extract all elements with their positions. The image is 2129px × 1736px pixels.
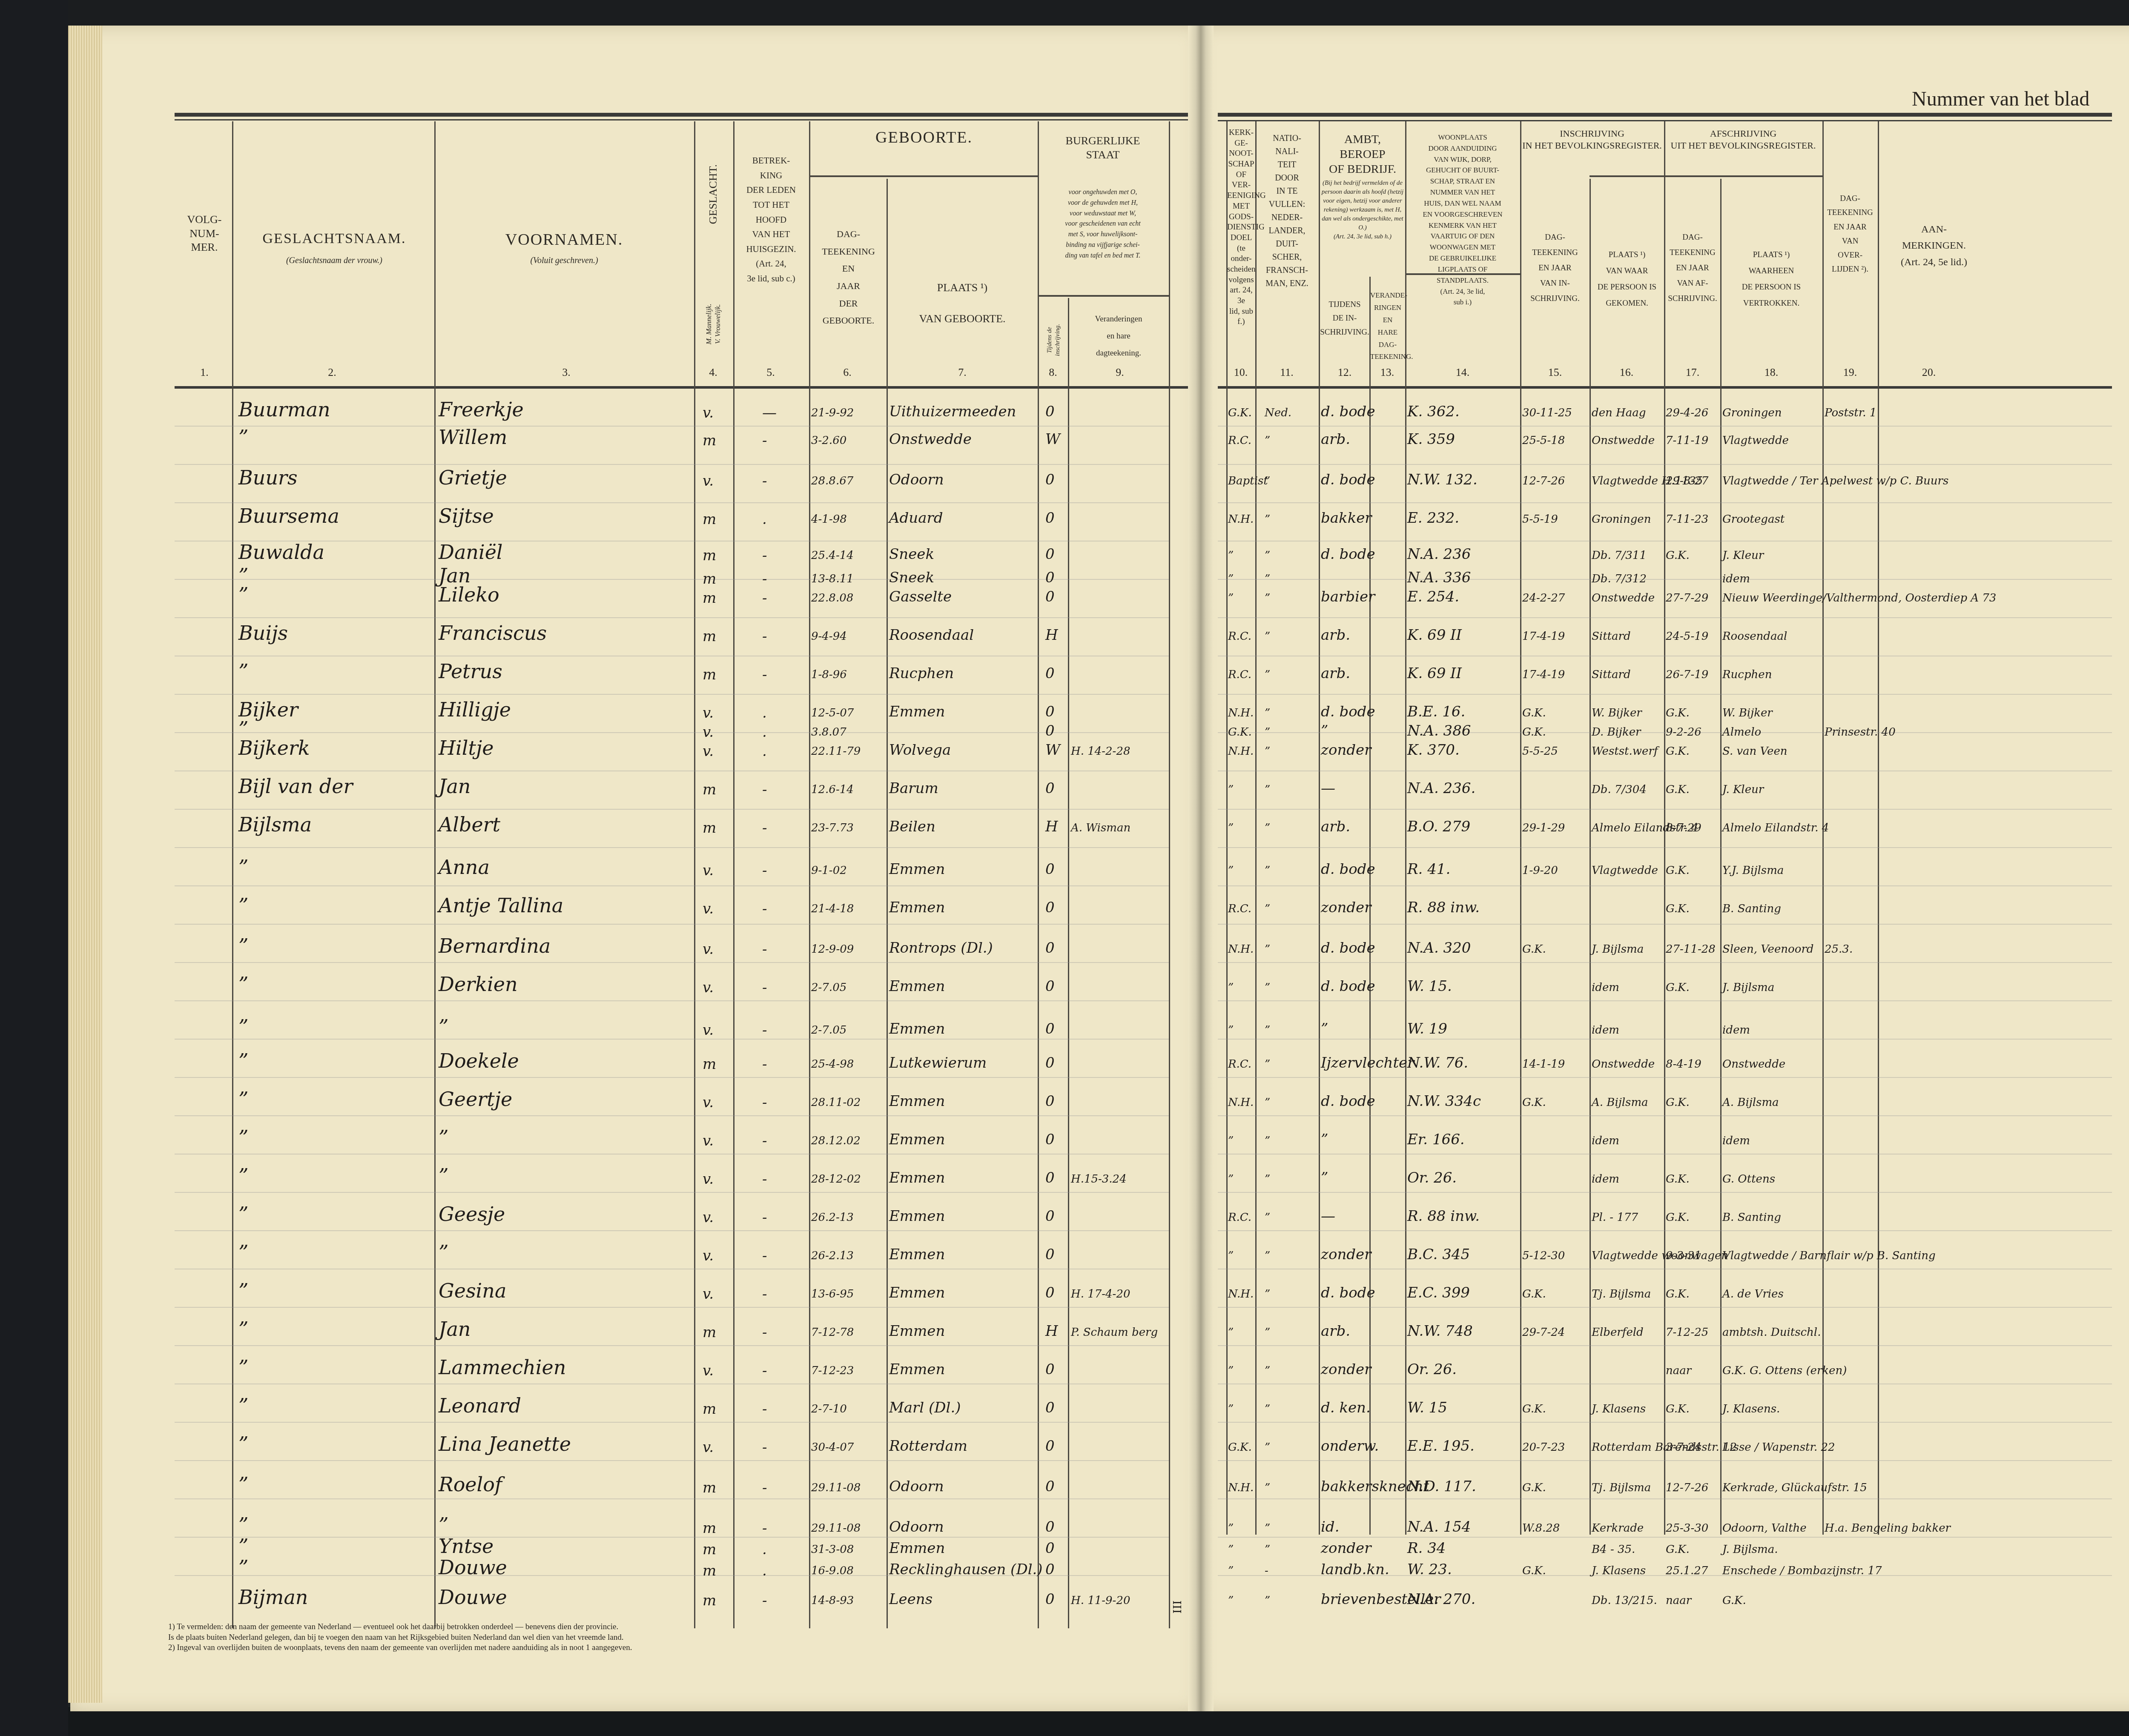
cell-civil-status: 0 (1045, 1054, 1055, 1071)
cell-church: ” (1228, 1543, 1234, 1556)
cell-sex: m (703, 1592, 716, 1609)
cell-occupation: d. bode (1321, 403, 1375, 420)
header-voornamen-sub: (Voluit geschreven.) (439, 255, 690, 266)
cell-destination-place: J. Klasens. (1722, 1403, 1780, 1415)
header-kerkgenootschap: KERK- GE- NOOT- SCHAP OF VER- EENIGING M… (1227, 128, 1255, 327)
cell-given-names: Albert (439, 813, 500, 836)
cell-address: Er. 166. (1407, 1131, 1465, 1148)
cell-civil-status: 0 (1045, 665, 1055, 682)
cell-destination-place: Grootegast (1722, 513, 1785, 526)
cell-church: G.K. (1228, 1441, 1252, 1454)
cell-birth-place: Wolvega (889, 742, 951, 759)
ruled-line (175, 1269, 1169, 1269)
header-staat-veranderingen: Veranderingen en hare dagteekening. (1070, 311, 1168, 362)
cell-origin-place: Db. 7/311 (1592, 549, 1647, 562)
cell-destination-place: A. de Vries (1722, 1288, 1784, 1301)
cell-church: ” (1228, 1173, 1234, 1186)
cell-occupation: d. bode (1321, 546, 1375, 563)
cell-registration-date: 20-7-23 (1522, 1441, 1565, 1454)
cell-address: N.A. 270. (1407, 1591, 1475, 1608)
cell-civil-status: 0 (1045, 1399, 1055, 1416)
cell-given-names: Anna (439, 856, 490, 879)
cell-origin-place: Elberfeld (1592, 1326, 1644, 1339)
cell-given-names: Jan (439, 775, 471, 798)
cell-relation: - (762, 1171, 767, 1188)
cell-civil-status: 0 (1045, 722, 1055, 739)
cell-relation: - (762, 1520, 767, 1537)
ruled-line (175, 885, 1169, 886)
cell-origin-place: B4 - 35. (1592, 1543, 1635, 1556)
cell-church: G.K. (1228, 726, 1252, 739)
cell-destination-place: Lisse / Wapenstr. 22 (1722, 1441, 1835, 1454)
page-edges (68, 26, 102, 1703)
cell-given-names: Sijtse (439, 504, 494, 527)
cell-church: N.H. (1228, 1481, 1254, 1494)
cell-church: ” (1228, 1403, 1234, 1415)
cell-nationality: Ned. (1265, 407, 1291, 419)
cell-relation: . (762, 743, 767, 760)
cell-sex: m (703, 547, 716, 564)
cell-birth-date: 12.6-14 (811, 783, 854, 796)
cell-deregistration-date: G.K. (1666, 1403, 1690, 1415)
cell-birth-place: Gasselte (889, 588, 952, 605)
cell-sex: v. (703, 1132, 714, 1149)
cell-occupation: bakker (1321, 510, 1372, 527)
cell-relation: . (762, 1541, 767, 1558)
cell-birth-place: Barum (889, 780, 938, 797)
cell-nationality: ” (1265, 513, 1270, 526)
cell-civil-status: H (1045, 818, 1058, 835)
header-ambt-veranderingen: VERANDE- RINGEN EN HARE DAG- TEEKENING. (1370, 289, 1405, 363)
cell-civil-status: W (1045, 431, 1060, 448)
cell-relation: - (762, 1094, 767, 1111)
header-burgerlijke-staat: BURGERLIJKE STAAT (1039, 134, 1167, 162)
cell-birth-place: Rotterdam (889, 1438, 967, 1455)
cell-origin-place: J. Klasens (1592, 1403, 1646, 1415)
cell-surname: Bijman (238, 1586, 308, 1609)
cell-given-names: ” (439, 1015, 449, 1038)
cell-occupation: — (1321, 1208, 1335, 1225)
cell-nationality: ” (1265, 1096, 1270, 1109)
cell-nationality: ” (1265, 1522, 1270, 1535)
cell-origin-place: Sittard (1592, 668, 1631, 681)
cell-relation: - (762, 570, 767, 587)
cell-status-change: H. 17-4-20 (1071, 1288, 1130, 1301)
cell-relation: - (762, 862, 767, 879)
cell-surname: ” (238, 1126, 249, 1149)
cell-deregistration-date: 7-11-19 (1666, 434, 1708, 447)
cell-surname: ” (238, 1049, 249, 1072)
cell-surname: ” (238, 934, 249, 957)
ruled-line (1218, 579, 2112, 580)
ruled-line (175, 1498, 1169, 1499)
cell-church: ” (1228, 1364, 1234, 1377)
header-rule-thin-left (175, 119, 1188, 120)
footnotes: 1) Te vermelden: den naam der gemeente v… (168, 1622, 956, 1653)
cell-civil-status: 0 (1045, 1591, 1055, 1608)
cell-surname: Bijl van der (238, 775, 353, 798)
cell-origin-place: Onstwedde (1592, 1058, 1655, 1071)
cell-birth-place: Recklinghausen (Dl.) (889, 1561, 1043, 1578)
cell-registration-date: 24-2-27 (1522, 592, 1565, 604)
cell-given-names: Gesina (439, 1279, 506, 1302)
cell-status-change: H. 14-2-28 (1071, 745, 1130, 758)
cell-relation: - (762, 1132, 767, 1149)
cell-surname: ” (238, 1556, 249, 1579)
ruled-line (1218, 541, 2112, 541)
ruled-line (1218, 656, 2112, 656)
cell-civil-status: 0 (1045, 403, 1055, 420)
cell-occupation: barbier (1321, 588, 1375, 605)
cell-death-date: Poststr. 1 (1825, 407, 1877, 419)
cell-registration-date: 25-5-18 (1522, 434, 1565, 447)
cell-origin-place: Db. 13/215. (1592, 1594, 1657, 1607)
cell-address: W. 15 (1407, 1399, 1447, 1416)
cell-destination-place: Rucphen (1722, 668, 1772, 681)
cell-address: N.A. 386 (1407, 722, 1471, 739)
cell-occupation: ” (1321, 1020, 1328, 1037)
header-geslachtsnaam-sub: (Geslachtsnaam der vrouw.) (236, 255, 432, 266)
cell-occupation: ” (1321, 1169, 1328, 1186)
cell-registration-date: 17-4-19 (1522, 668, 1565, 681)
ambt-beroep-note: (Bij het bedrijf vermelden of de persoon… (1320, 179, 1405, 241)
cell-sex: m (703, 590, 716, 607)
ruled-line (1218, 1345, 2112, 1346)
cell-relation: - (762, 1286, 767, 1303)
cell-relation: - (762, 819, 767, 836)
ruled-line (175, 502, 1169, 503)
cell-birth-place: Emmen (889, 703, 945, 720)
cell-destination-place: Y.J. Bijlsma (1722, 864, 1784, 877)
cell-sex: v. (703, 1022, 714, 1039)
cell-given-names: Lammechien (439, 1356, 566, 1379)
cell-origin-place: Rotterdam Barendsstr. 12 (1592, 1441, 1737, 1454)
cell-death-date: 25.3. (1825, 943, 1853, 956)
cell-address: E.E. 195. (1407, 1438, 1475, 1455)
cell-destination-place: Sleen, Veenoord (1722, 943, 1813, 956)
ruled-line (1218, 809, 2112, 810)
cell-destination-place: ambtsh. Duitschl. (1722, 1326, 1821, 1339)
cell-given-names: Daniël (439, 541, 503, 564)
cell-registration-date: G.K. (1522, 707, 1546, 719)
cell-church: N.H. (1228, 513, 1254, 526)
cell-nationality: ” (1265, 549, 1270, 562)
cell-surname: Buursema (238, 504, 339, 527)
cell-relation: - (762, 1056, 767, 1073)
col-num-3: 3. (554, 366, 579, 379)
cell-civil-status: 0 (1045, 1438, 1055, 1455)
cell-origin-place: J. Bijlsma (1592, 943, 1644, 956)
cell-surname: Buwalda (238, 541, 324, 564)
cell-origin-place: A. Bijlsma (1592, 1096, 1648, 1109)
cell-church: Baptist (1228, 475, 1268, 487)
cell-birth-place: Rontrops (Dl.) (889, 940, 993, 957)
ruled-line (175, 1537, 1169, 1538)
cell-address: R. 41. (1407, 861, 1450, 878)
cell-birth-date: 28.11-02 (811, 1096, 861, 1109)
cell-registration-date: 29-7-24 (1522, 1326, 1565, 1339)
cell-origin-place: Onstwedde (1592, 434, 1655, 447)
ruled-line (175, 656, 1169, 656)
cell-birth-date: 2-7-10 (811, 1403, 847, 1415)
cell-sex: v. (703, 1439, 714, 1456)
cell-surname: ” (238, 1241, 249, 1264)
cell-nationality: - (1265, 1564, 1268, 1577)
cell-occupation: d. bode (1321, 978, 1375, 995)
cell-given-names: Douwe (439, 1586, 507, 1609)
cell-sex: v. (703, 1286, 714, 1303)
cell-deregistration-date: G.K. (1666, 745, 1690, 758)
cell-civil-status: 0 (1045, 1540, 1055, 1557)
cell-occupation: arb. (1321, 1323, 1350, 1340)
cell-occupation: d. bode (1321, 471, 1375, 488)
cell-civil-status: 0 (1045, 546, 1055, 563)
cell-origin-place: idem (1592, 1134, 1619, 1147)
cell-church: R.C. (1228, 902, 1251, 915)
cell-relation: - (762, 941, 767, 958)
cell-nationality: ” (1265, 1058, 1270, 1071)
ruled-line (1218, 617, 2112, 618)
cell-deregistration-date: G.K. (1666, 783, 1690, 796)
cell-nationality: ” (1265, 434, 1270, 447)
cell-origin-place: Vlagtwedde woonwagen (1592, 1249, 1728, 1262)
cell-deregistration-date: 27-11-28 (1666, 943, 1716, 956)
cell-church: ” (1228, 592, 1234, 604)
cell-destination-place: J. Kleur (1722, 783, 1764, 796)
cell-address: N.A. 154 (1407, 1518, 1471, 1535)
cell-given-names: Antje Tallina (439, 894, 563, 917)
cell-sex: v. (703, 1247, 714, 1264)
header-geslacht-sub: M. Mannelijk. V. Vrouwelijk. (704, 275, 723, 373)
cell-birth-place: Emmen (889, 1208, 945, 1225)
cell-address: N.W. 76. (1407, 1054, 1468, 1071)
cell-nationality: ” (1265, 592, 1270, 604)
cell-nationality: ” (1265, 1326, 1270, 1339)
cell-address: K. 370. (1407, 742, 1460, 759)
cell-occupation: ” (1321, 722, 1328, 739)
cell-destination-place: G.K. G. Ottens (erken) (1722, 1364, 1847, 1377)
cell-death-date: Prinsestr. 40 (1825, 726, 1896, 739)
gutter-mark: III (1170, 1601, 1183, 1614)
cell-destination-place: J. Bijlsma (1722, 981, 1774, 994)
cell-surname: ” (238, 1394, 249, 1417)
cell-destination-place: Nieuw Weerdinge/Valthermond, Oosterdiep … (1722, 592, 1996, 604)
cell-surname: Buurman (238, 398, 330, 421)
cell-relation: - (762, 590, 767, 607)
cell-given-names: Hilligje (439, 698, 511, 721)
cell-nationality: ” (1265, 1364, 1270, 1377)
cell-relation: - (762, 1401, 767, 1418)
col-divider (809, 121, 810, 1628)
cell-surname: ” (238, 1356, 249, 1379)
cell-nationality: ” (1265, 1543, 1270, 1556)
cell-address: B.C. 345 (1407, 1246, 1470, 1263)
ruled-line (1218, 1115, 2112, 1116)
ruled-line (175, 962, 1169, 963)
cell-birth-place: Uithuizermeeden (889, 403, 1016, 420)
cell-birth-place: Odoorn (889, 1518, 944, 1535)
col-num-4: 4. (700, 366, 726, 379)
cell-birth-date: 9-4-94 (811, 630, 847, 643)
cell-destination-place: G.K. (1722, 1594, 1746, 1607)
header-afschrijving-plaats: PLAATS ¹) WAARHEEN DE PERSOON IS VERTROK… (1721, 247, 1822, 312)
ruled-line (1218, 1307, 2112, 1308)
cell-nationality: ” (1265, 864, 1270, 877)
cell-surname: ” (238, 1015, 249, 1038)
cell-birth-place: Emmen (889, 1020, 945, 1037)
cell-relation: - (762, 1022, 767, 1039)
cell-birth-place: Aduard (889, 510, 943, 527)
cell-church: G.K. (1228, 407, 1252, 419)
cell-surname: ” (238, 1535, 249, 1558)
cell-registration-date: G.K. (1522, 943, 1546, 956)
cell-surname: ” (238, 660, 249, 683)
ruled-line (1218, 464, 2112, 465)
cell-civil-status: 0 (1045, 1020, 1055, 1037)
ruled-line (175, 464, 1169, 465)
cell-nationality: ” (1265, 573, 1270, 585)
col-divider (1169, 121, 1170, 1628)
cell-birth-date: 14-8-93 (811, 1594, 854, 1607)
cell-civil-status: 0 (1045, 978, 1055, 995)
cell-birth-date: 26-2.13 (811, 1249, 854, 1262)
cell-deregistration-date: 26-7-19 (1666, 668, 1708, 681)
header-rule-thick-right (1218, 113, 2112, 117)
cell-surname: ” (238, 1279, 249, 1302)
cell-address: W. 15. (1407, 978, 1452, 995)
cell-registration-date: G.K. (1522, 1403, 1546, 1415)
cell-address: K. 69 II (1407, 627, 1462, 644)
cell-birth-place: Rucphen (889, 665, 954, 682)
cell-nationality: ” (1265, 1288, 1270, 1301)
col-divider (1720, 179, 1722, 1535)
header-nationaliteit: NATIO- NALI- TEIT DOOR IN TE VULLEN: NED… (1256, 132, 1318, 290)
cell-origin-place: idem (1592, 1173, 1619, 1186)
ruled-line (1218, 924, 2112, 925)
cell-birth-place: Odoorn (889, 1478, 944, 1495)
cell-birth-date: 22.11-79 (811, 745, 861, 758)
ruled-line (1218, 732, 2112, 733)
cell-civil-status: 0 (1045, 703, 1055, 720)
col-divider (434, 121, 436, 1628)
cell-relation: - (762, 432, 767, 449)
cell-church: R.C. (1228, 1058, 1251, 1071)
cell-nationality: ” (1265, 668, 1270, 681)
cell-relation: - (762, 628, 767, 645)
cell-deregistration-date: 7-11-23 (1666, 513, 1708, 526)
cell-given-names: ” (439, 1164, 449, 1187)
cell-status-change: P. Schaum berg (1071, 1326, 1158, 1339)
cell-occupation: zonder (1321, 742, 1371, 759)
header-afschrijving-datum: DAG- TEEKENING EN JAAR VAN AF- SCHRIJVIN… (1665, 230, 1720, 307)
cell-sex: v. (703, 473, 714, 490)
cell-origin-place: D. Bijker (1592, 726, 1641, 739)
cell-birth-place: Emmen (889, 861, 945, 878)
ruled-line (175, 847, 1169, 848)
col-divider (1520, 121, 1521, 1535)
cell-destination-place: Kerkrade, Glückaufstr. 15 (1722, 1481, 1867, 1494)
cell-birth-date: 25-4-98 (811, 1058, 854, 1071)
ruled-line (1218, 962, 2112, 963)
cell-given-names: Geertje (439, 1088, 512, 1111)
cell-relation: . (762, 1562, 767, 1579)
cell-civil-status: 0 (1045, 471, 1055, 488)
cell-relation: - (762, 666, 767, 683)
cell-church: ” (1228, 864, 1234, 877)
cell-surname: ” (238, 426, 249, 449)
ruled-line (1218, 694, 2112, 695)
header-volgnummer: VOLG- NUM- MER. (179, 213, 230, 255)
cell-surname: ” (238, 1203, 249, 1226)
cell-birth-date: 23-7.73 (811, 822, 854, 834)
cell-deregistration-date: G.K. (1666, 707, 1690, 719)
cell-birth-date: 9-1-02 (811, 864, 847, 877)
cell-church: N.H. (1228, 1096, 1254, 1109)
cell-nationality: ” (1265, 1481, 1270, 1494)
cell-origin-place: Westst.werf (1592, 745, 1658, 758)
cell-relation: - (762, 1439, 767, 1456)
cell-relation: - (762, 1324, 767, 1341)
cell-birth-date: 3-2.60 (811, 434, 846, 447)
cell-relation: . (762, 705, 767, 722)
cell-occupation: d. bode (1321, 1284, 1375, 1301)
cell-destination-place: W. Bijker (1722, 707, 1773, 719)
col-num-10: 10. (1228, 366, 1254, 379)
cell-occupation: Ijzervlechter (1321, 1054, 1414, 1071)
cell-address: N.W. 748 (1407, 1323, 1473, 1340)
cell-civil-status: H (1045, 627, 1058, 644)
col-divider (1068, 298, 1069, 1628)
cell-relation: - (762, 1479, 767, 1496)
col-num-16: 16. (1614, 366, 1639, 379)
cell-registration-date: 5-5-25 (1522, 745, 1558, 758)
cell-destination-place: B. Santing (1722, 902, 1781, 915)
cell-destination-place: idem (1722, 1024, 1750, 1037)
cell-deregistration-date: 27-7-29 (1666, 592, 1708, 604)
group-rule-geboorte (809, 175, 1038, 177)
cell-birth-date: 25.4-14 (811, 549, 854, 562)
cell-registration-date: 14-1-19 (1522, 1058, 1565, 1071)
cell-civil-status: 0 (1045, 1169, 1055, 1186)
ruled-line (1218, 502, 2112, 503)
cell-origin-place: J. Klasens (1592, 1564, 1646, 1577)
cell-relation: — (762, 404, 777, 421)
cell-deregistration-date: 25-3-30 (1666, 1522, 1708, 1535)
col-divider (694, 121, 695, 1628)
cell-given-names: Jan (439, 1318, 471, 1341)
cell-church: ” (1228, 1326, 1234, 1339)
ruled-line (175, 426, 1169, 427)
cell-sex: m (703, 1541, 716, 1558)
cell-given-names: Derkien (439, 973, 518, 996)
cell-relation: - (762, 781, 767, 798)
col-num-9: 9. (1107, 366, 1133, 379)
cell-civil-status: 0 (1045, 588, 1055, 605)
cell-birth-date: 28.8.67 (811, 475, 853, 487)
ruled-line (175, 1345, 1169, 1346)
cell-deregistration-date: 3-7-24 (1666, 1441, 1701, 1454)
cell-address: W. 23. (1407, 1561, 1452, 1578)
col-divider (1038, 121, 1039, 1628)
cell-occupation: — (1321, 780, 1335, 797)
cell-surname: ” (238, 1164, 249, 1187)
cell-sex: v. (703, 862, 714, 879)
cell-sex: v. (703, 404, 714, 421)
cell-destination-place: B. Santing (1722, 1211, 1781, 1224)
cell-nationality: ” (1265, 783, 1270, 796)
cell-civil-status: 0 (1045, 569, 1055, 586)
cell-deregistration-date: G.K. (1666, 1288, 1690, 1301)
